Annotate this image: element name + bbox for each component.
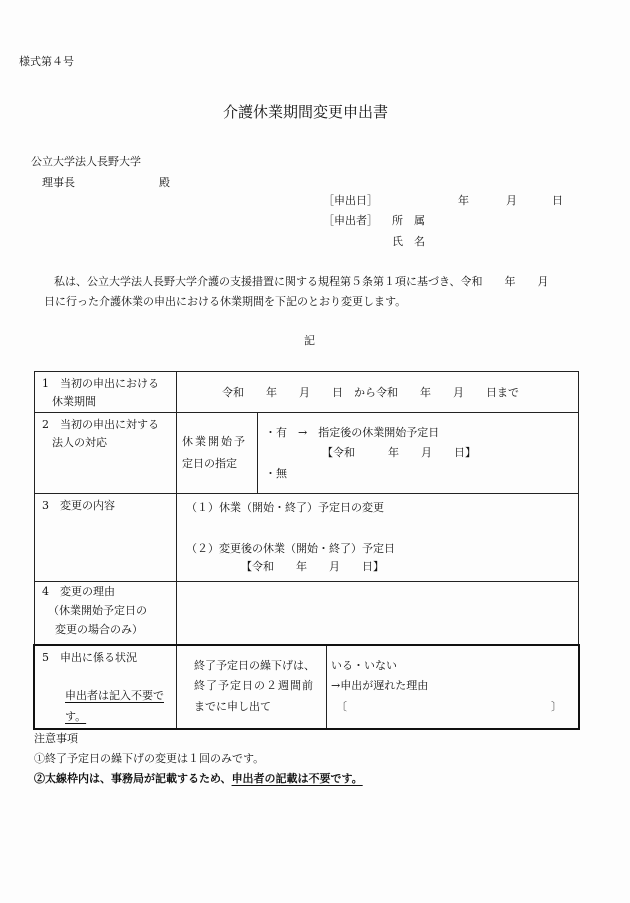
notes-heading: 注意事項 bbox=[34, 733, 78, 744]
row2-label-line2: 法人の対応 bbox=[52, 437, 107, 448]
row4-label-line2: （休業開始予定日の bbox=[48, 605, 147, 616]
row5-note-line2: す。 bbox=[65, 711, 86, 722]
addressee-honorific: 殿 bbox=[159, 177, 170, 188]
row5-answer[interactable]: いる・いない bbox=[331, 660, 397, 671]
row1-label-line1: 1 当初の申出における bbox=[42, 378, 159, 389]
addressee-organization: 公立大学法人長野大学 bbox=[31, 156, 141, 167]
row5-condition-line1: 終了予定日の繰下げは、 bbox=[194, 660, 315, 671]
date-year-label: 年 bbox=[458, 195, 469, 206]
row1-label-line2: 休業期間 bbox=[52, 396, 96, 407]
row4-reason-field[interactable] bbox=[177, 582, 579, 646]
row1-period-value: 令和 年 月 日 から令和 年 月 日まで bbox=[222, 387, 519, 398]
row5-reason-label: →申出が遅れた理由 bbox=[331, 680, 428, 691]
affiliation-label: 所 属 bbox=[392, 215, 425, 226]
row2-value-field[interactable]: ・有 → 指定後の休業開始予定日 【令和 年 月 日】 ・無 bbox=[258, 413, 579, 494]
row4-label-line1: 4 変更の理由 bbox=[42, 586, 115, 597]
row3-item2-date: 【令和 年 月 日】 bbox=[241, 561, 384, 572]
row2-sublabel-line2: 定日の指定 bbox=[182, 458, 237, 469]
form-number: 様式第４号 bbox=[19, 56, 74, 67]
row2-option-yes[interactable]: ・有 → 指定後の休業開始予定日 bbox=[265, 427, 439, 438]
note-2-underlined: 申出者の記載は不要です。 bbox=[232, 772, 363, 785]
page-title: 介護休業期間変更申出書 bbox=[223, 105, 388, 120]
row5-condition-line3: までに申し出て bbox=[194, 701, 271, 712]
name-label: 氏 名 bbox=[392, 236, 425, 247]
row3-label: 3 変更の内容 bbox=[42, 500, 115, 511]
note-2-prefix: ②太線枠内は、事務局が記載するため、 bbox=[34, 772, 232, 785]
note-2: ②太線枠内は、事務局が記載するため、申出者の記載は不要です。 bbox=[34, 773, 363, 784]
row5-bracket-close: 〕 bbox=[551, 701, 562, 712]
body-line-1: 私は、公立大学法人長野大学介護の支援措置に関する規程第５条第１項に基づき、令和 … bbox=[54, 276, 549, 287]
ki-label: 記 bbox=[304, 335, 315, 346]
note-1: ①終了予定日の繰下げの変更は１回のみです。 bbox=[34, 753, 264, 764]
addressee-position: 理事長 bbox=[42, 177, 75, 188]
table-row-original-period: 1 当初の申出における 休業期間 令和 年 月 日 から令和 年 月 日まで bbox=[35, 372, 579, 413]
date-month-label: 月 bbox=[506, 195, 517, 206]
row5-label: 5 申出に係る状況 bbox=[42, 652, 137, 663]
row2-option-no[interactable]: ・無 bbox=[265, 468, 287, 479]
row5-bracket-open: 〔 bbox=[336, 701, 347, 712]
row2-sublabel-line1: 休業開始予 bbox=[182, 436, 247, 447]
row4-label-line3: 変更の場合のみ） bbox=[55, 624, 143, 635]
table-row-status: 5 申出に係る状況 申出者は記入不要で す。 終了予定日の繰下げは、 終了予定日… bbox=[35, 646, 579, 729]
row3-value-field[interactable]: （１）休業（開始・終了）予定日の変更 （２）変更後の休業（開始・終了）予定日 【… bbox=[177, 494, 579, 582]
date-day-label: 日 bbox=[552, 195, 563, 206]
row3-item2: （２）変更後の休業（開始・終了）予定日 bbox=[186, 543, 395, 554]
table-row-change-reason: 4 変更の理由 （休業開始予定日の 変更の場合のみ） bbox=[35, 582, 579, 646]
body-line-2: 日に行った介護休業の申出における休業期間を下記のとおり変更します。 bbox=[44, 296, 406, 307]
table-row-response: 2 当初の申出に対する 法人の対応 休業開始予 定日の指定 ・有 → 指定後の休… bbox=[35, 413, 579, 494]
table-row-change-content: 3 変更の内容 （１）休業（開始・終了）予定日の変更 （２）変更後の休業（開始・… bbox=[35, 494, 579, 582]
date-label: ［申出日］ bbox=[323, 195, 378, 206]
row5-condition-line2: 終了予定日の２週間前 bbox=[194, 680, 314, 691]
change-request-table: 1 当初の申出における 休業期間 令和 年 月 日 から令和 年 月 日まで 2… bbox=[34, 371, 579, 729]
row3-item1: （１）休業（開始・終了）予定日の変更 bbox=[186, 502, 384, 513]
row2-option-yes-date: 【令和 年 月 日】 bbox=[322, 447, 476, 458]
row2-label-line1: 2 当初の申出に対する bbox=[42, 419, 159, 430]
row5-answer-field[interactable]: いる・いない →申出が遅れた理由 〔 〕 bbox=[327, 646, 579, 729]
applicant-label: ［申出者］ bbox=[323, 215, 378, 226]
row5-note-line1: 申出者は記入不要で bbox=[65, 690, 164, 701]
row1-value-field[interactable]: 令和 年 月 日 から令和 年 月 日まで bbox=[177, 372, 579, 413]
